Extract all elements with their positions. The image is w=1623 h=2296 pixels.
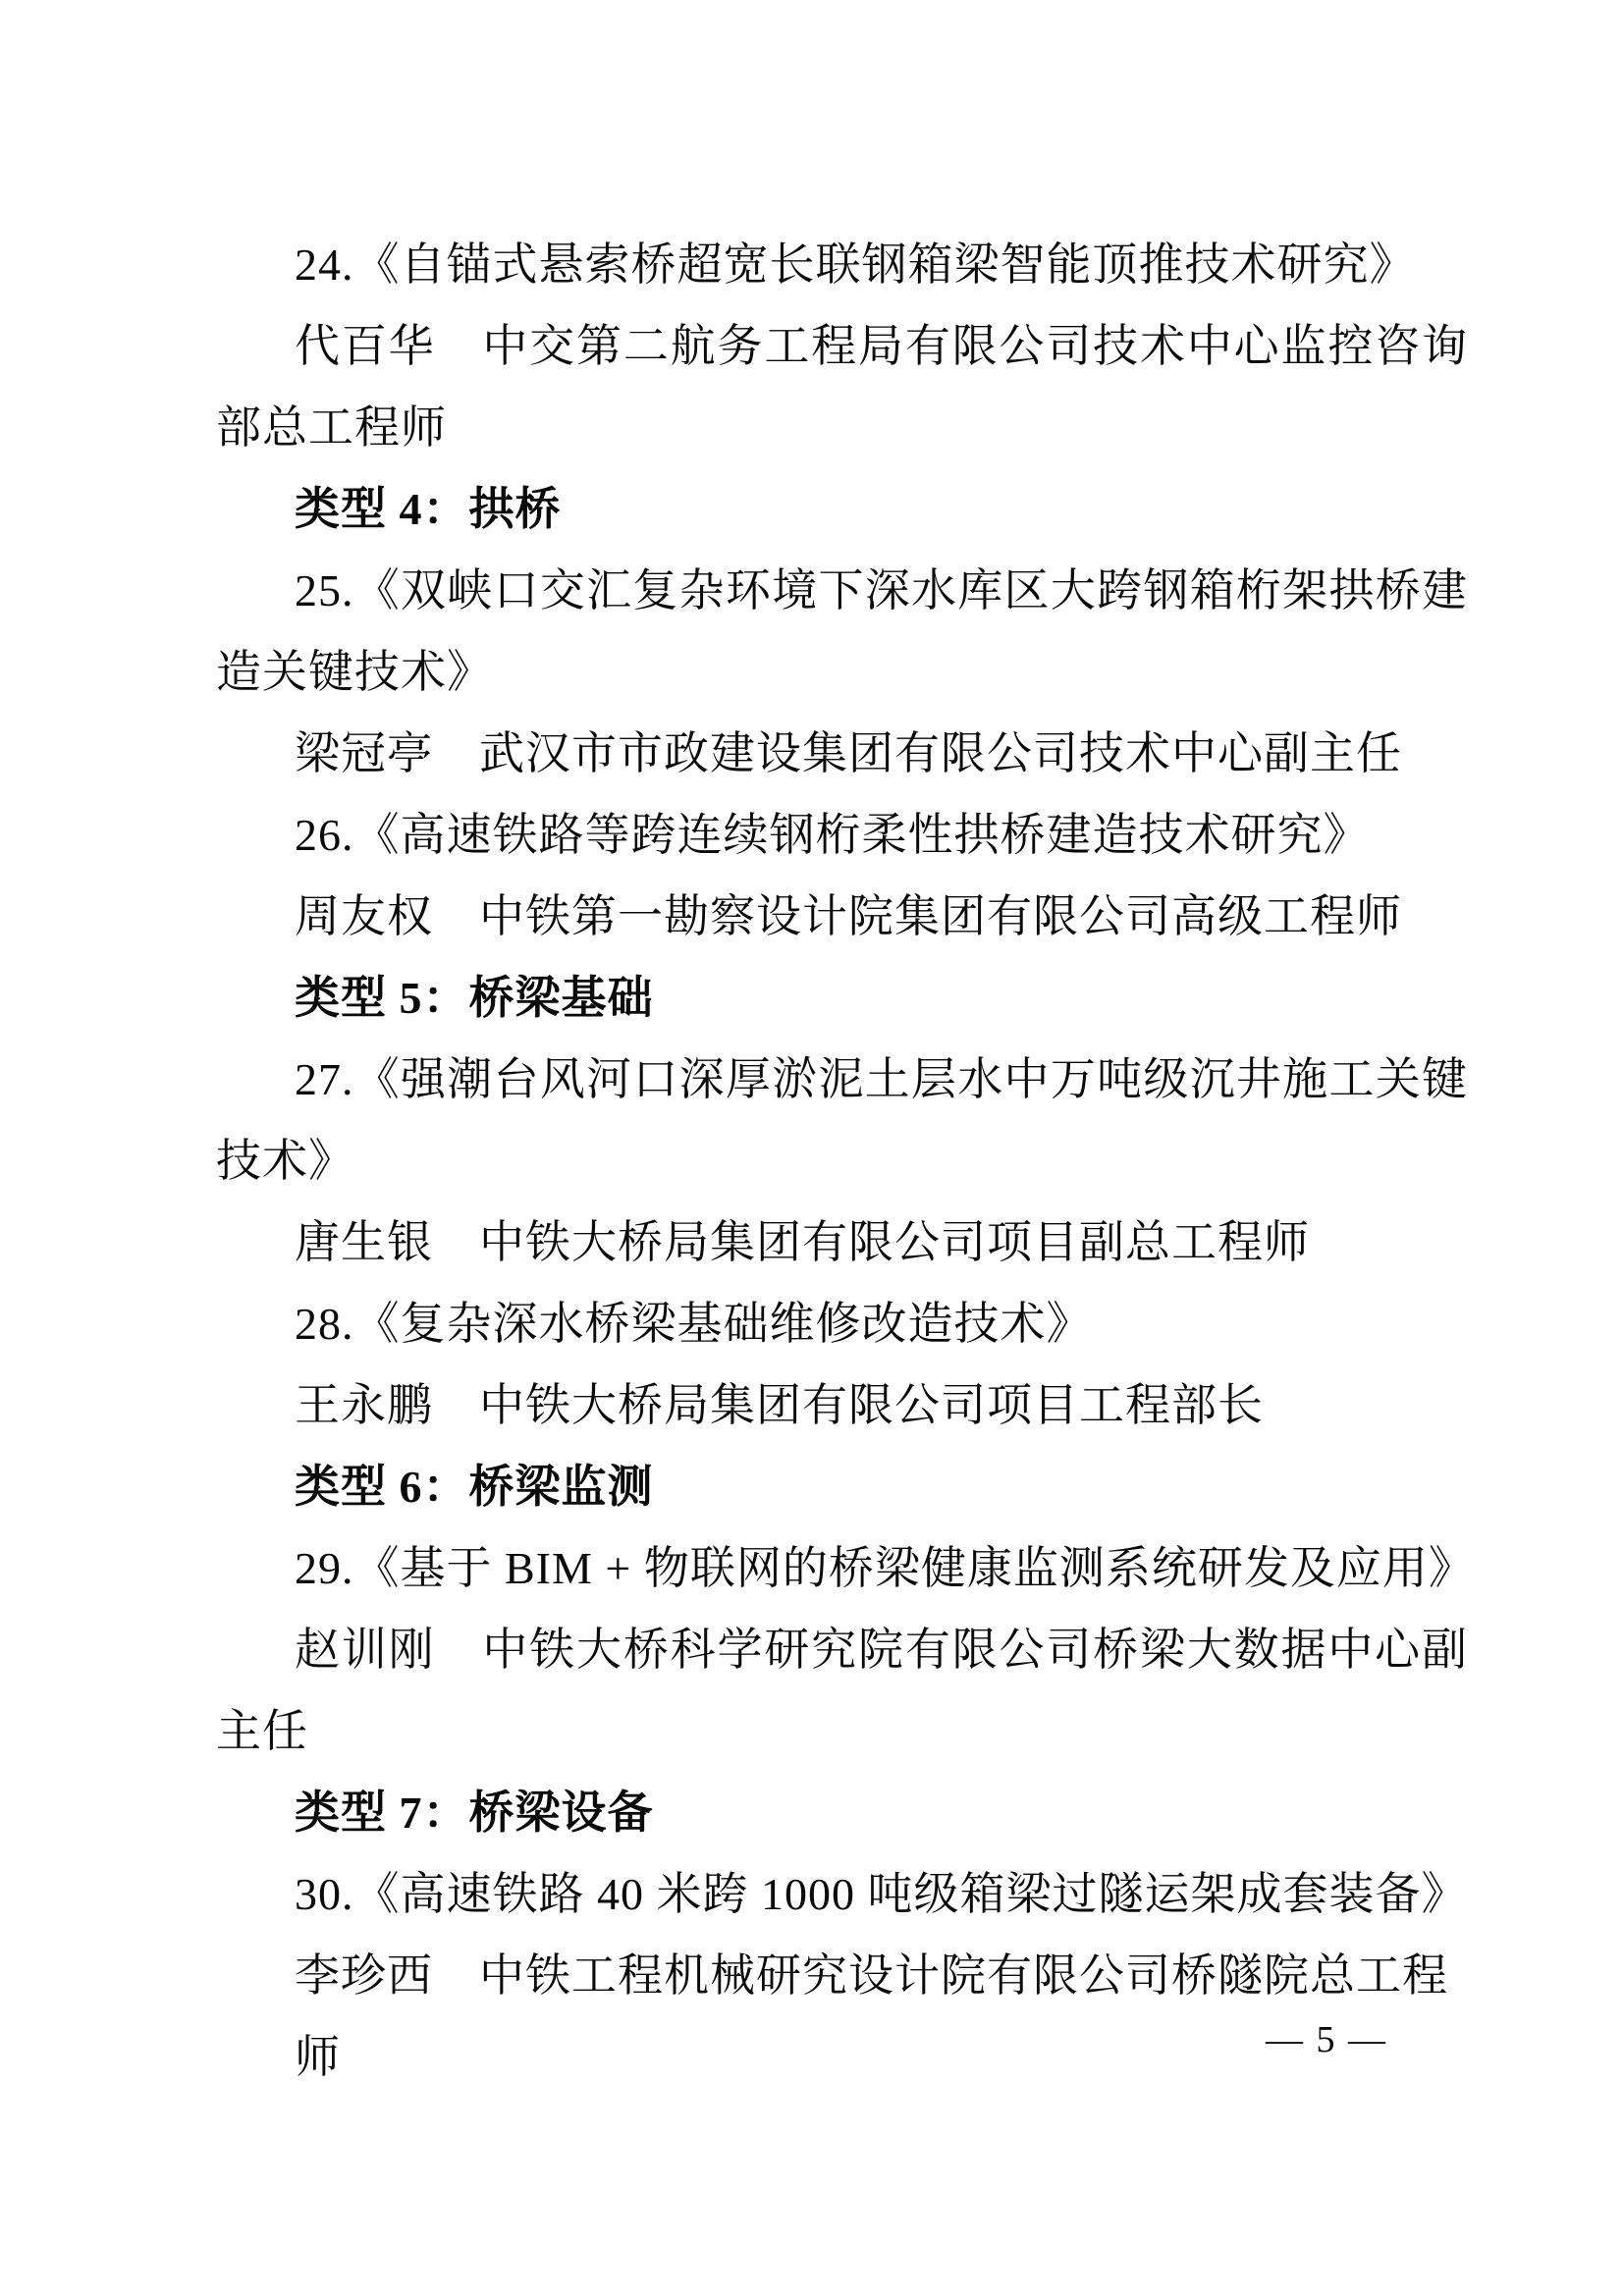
document-body: 24.《自锚式悬索桥超宽长联钢箱梁智能顶推技术研究》代百华 中交第二航务工程局有… [216, 224, 1468, 2016]
text-continuation-line: 技术》 [216, 1120, 1468, 1201]
project-title-line: 28.《复杂深水桥梁基础维修改造技术》 [216, 1283, 1468, 1364]
category-heading: 类型 7：桥梁设备 [216, 1772, 1468, 1853]
category-heading: 类型 4：拱桥 [216, 468, 1468, 550]
project-title-line: 26.《高速铁路等跨连续钢桁柔性拱桥建造技术研究》 [216, 794, 1468, 876]
project-title-line: 24.《自锚式悬索桥超宽长联钢箱梁智能顶推技术研究》 [216, 224, 1468, 305]
awardee-line: 代百华 中交第二航务工程局有限公司技术中心监控咨询 [216, 305, 1468, 387]
awardee-line: 唐生银 中铁大桥局集团有限公司项目副总工程师 [216, 1201, 1468, 1283]
project-title-line: 29.《基于 BIM + 物联网的桥梁健康监测系统研发及应用》 [216, 1527, 1468, 1609]
awardee-line: 梁冠亭 武汉市市政建设集团有限公司技术中心副主任 [216, 713, 1468, 794]
text-continuation-line: 造关键技术》 [216, 631, 1468, 713]
project-title-line: 25.《双峡口交汇复杂环境下深水库区大跨钢箱桁架拱桥建 [216, 550, 1468, 631]
text-continuation-line: 主任 [216, 1690, 1468, 1772]
category-heading: 类型 6：桥梁监测 [216, 1446, 1468, 1527]
awardee-line: 王永鹏 中铁大桥局集团有限公司项目工程部长 [216, 1364, 1468, 1446]
project-title-line: 30.《高速铁路 40 米跨 1000 吨级箱梁过隧运架成套装备》 [216, 1853, 1468, 1935]
awardee-line: 赵训刚 中铁大桥科学研究院有限公司桥梁大数据中心副 [216, 1609, 1468, 1690]
awardee-line: 李珍西 中铁工程机械研究设计院有限公司桥隧院总工程师 [216, 1935, 1468, 2016]
awardee-line: 周友权 中铁第一勘察设计院集团有限公司高级工程师 [216, 876, 1468, 957]
text-continuation-line: 部总工程师 [216, 387, 1468, 468]
page-number: — 5 — [1266, 2017, 1387, 2062]
category-heading: 类型 5：桥梁基础 [216, 957, 1468, 1039]
document-page: 24.《自锚式悬索桥超宽长联钢箱梁智能顶推技术研究》代百华 中交第二航务工程局有… [0, 0, 1623, 2296]
project-title-line: 27.《强潮台风河口深厚淤泥土层水中万吨级沉井施工关键 [216, 1039, 1468, 1120]
